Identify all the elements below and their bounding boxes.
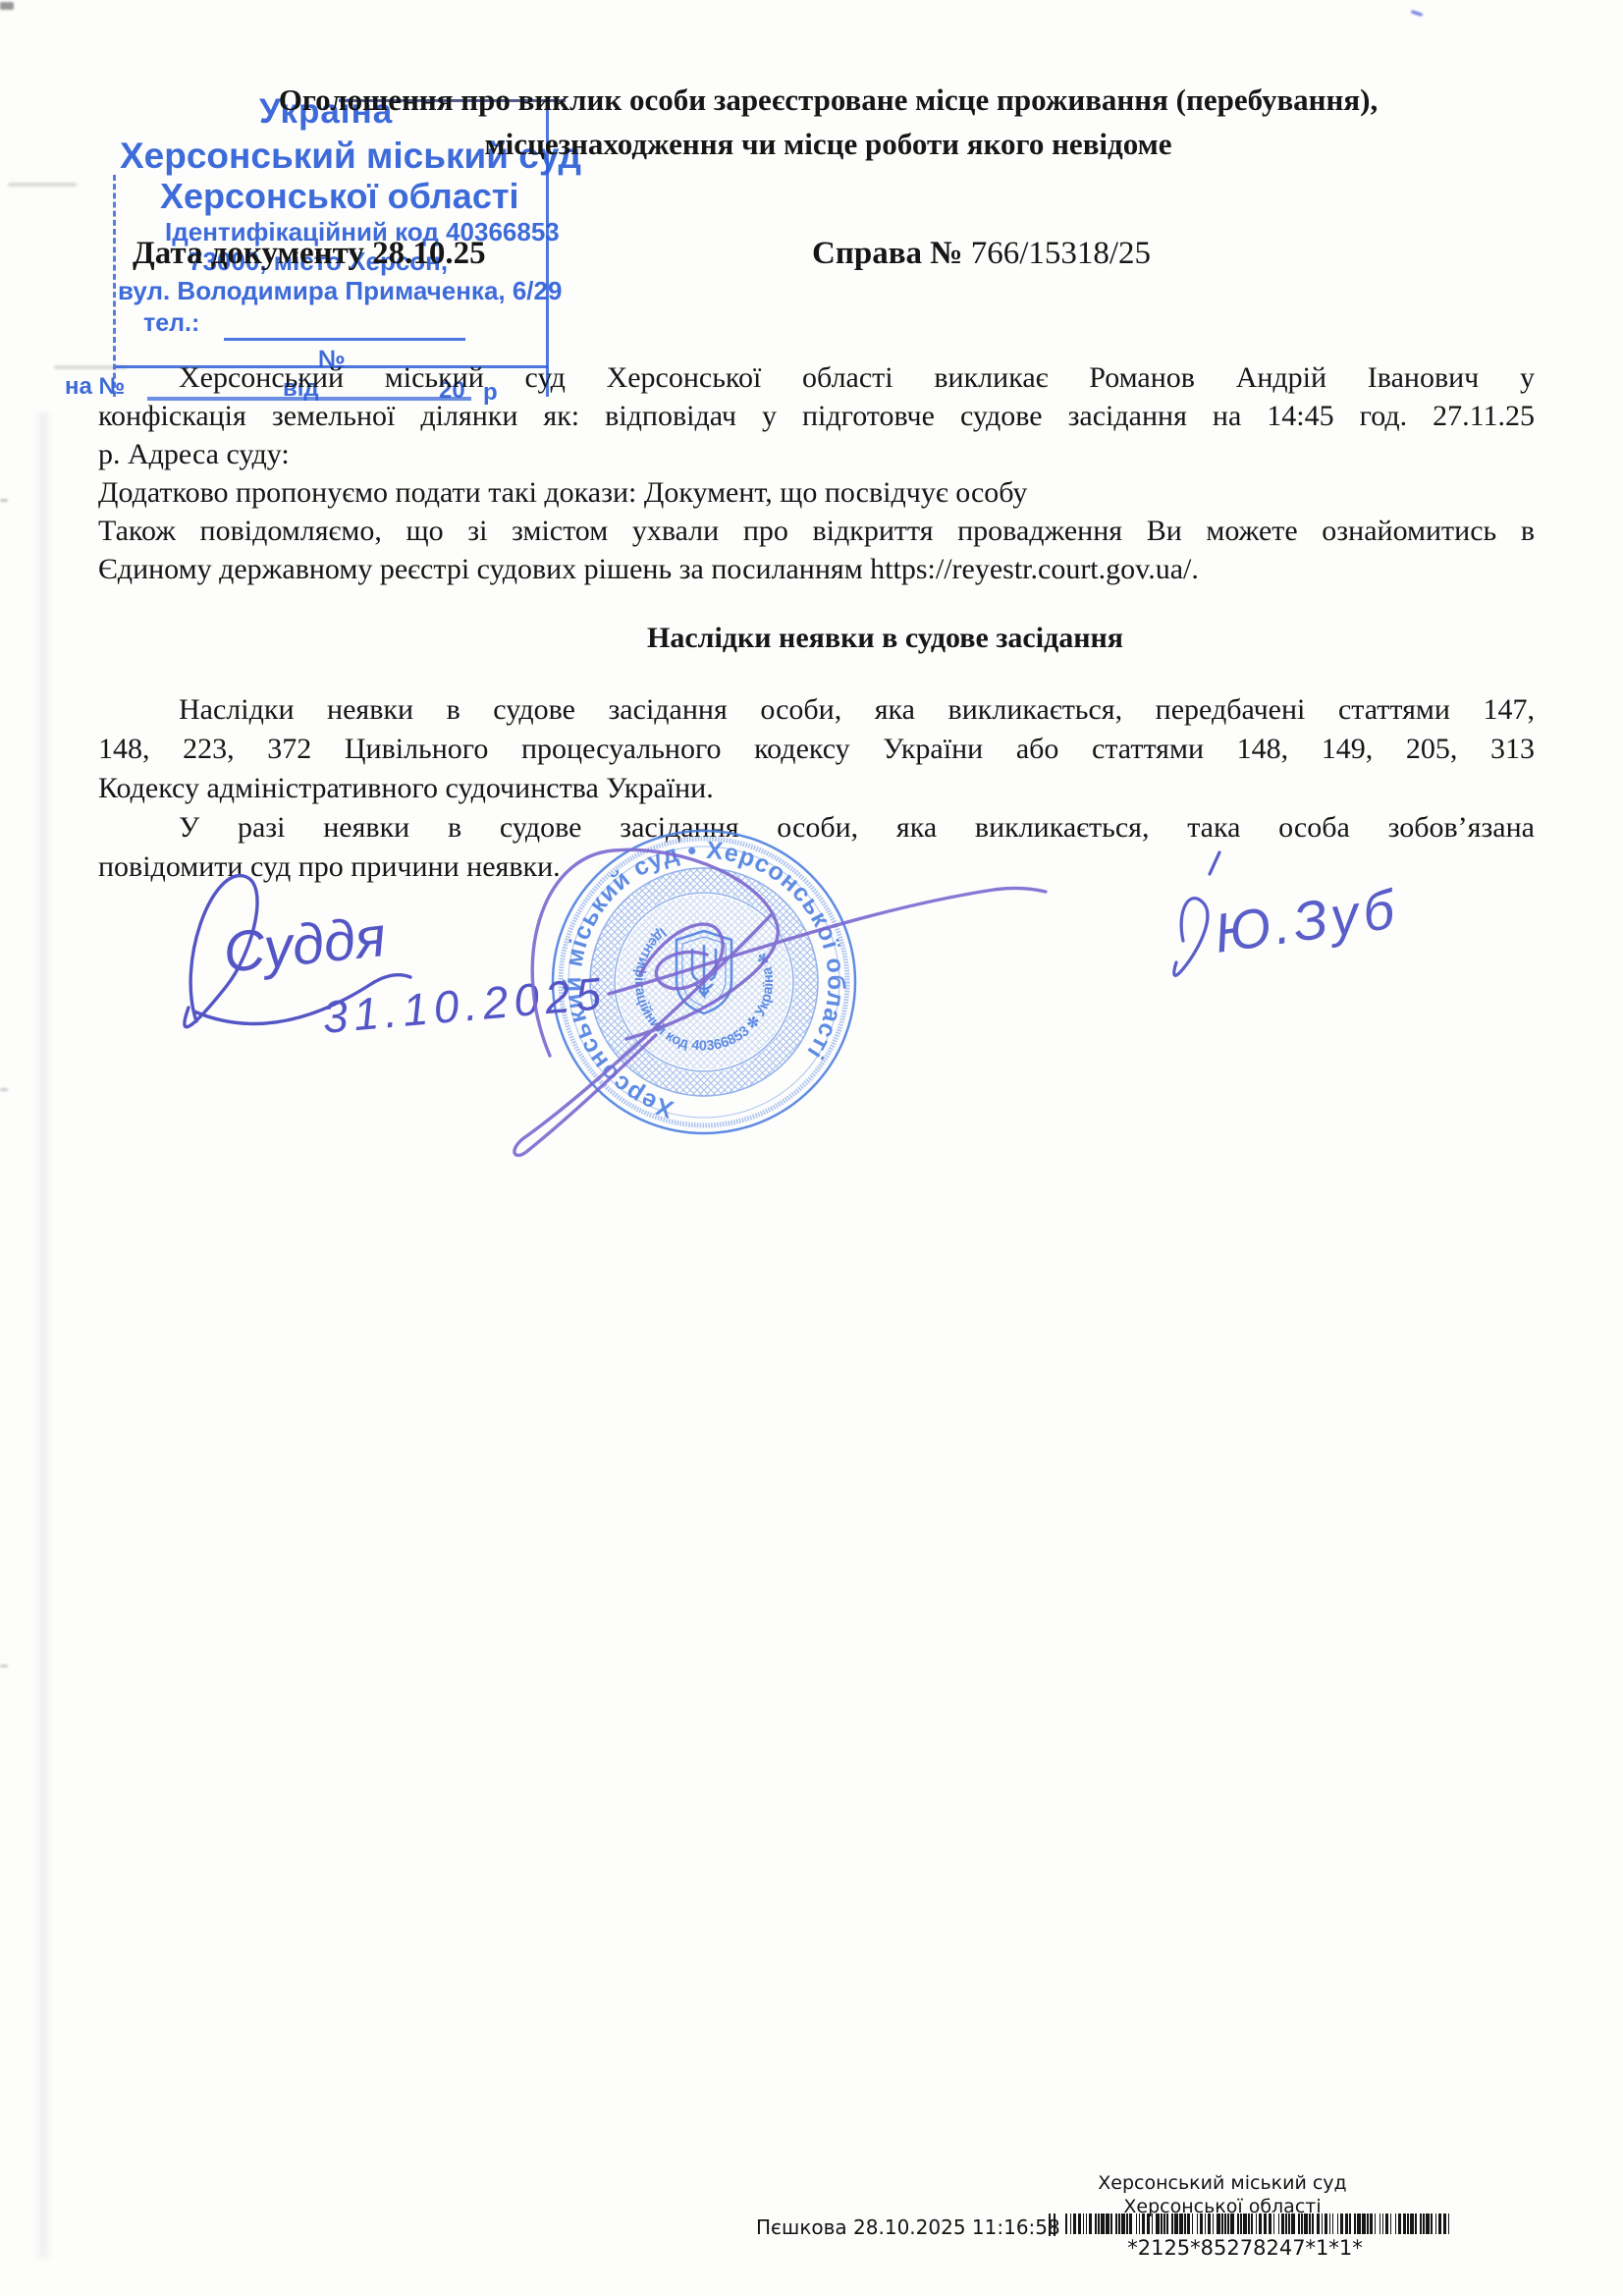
scan-smudge <box>8 183 77 187</box>
stamp-tel-underline <box>224 338 465 341</box>
section-heading: Наслідки неявки в судове засідання <box>147 622 1623 655</box>
judge-label-handwritten: Суддя <box>221 904 389 985</box>
body-line: 148, 223, 372 Цивільного процесуального … <box>98 733 1535 772</box>
stamp-address-street: вул. Володимира Примаченка, 6/29 <box>118 276 562 306</box>
scan-smudge <box>0 1088 8 1091</box>
barcode <box>1049 2214 1451 2234</box>
body-line: р. Адреса суду: <box>98 438 1535 477</box>
seal-and-signatures-layer: Херсонський міський суд • Херсонської об… <box>79 815 1532 1237</box>
barcode-value: *2125*85278247*1*1* <box>1049 2236 1441 2260</box>
document-title-line2: місцезнаходження чи місце роботи якого н… <box>88 127 1568 162</box>
scan-smudge <box>0 499 8 502</box>
body-line: Наслідки неявки в судове засідання особи… <box>98 693 1535 733</box>
judge-date-handwritten: 31.10.2025 <box>320 967 609 1043</box>
body-line: Єдиному державному реєстрі судових рішен… <box>98 553 1535 592</box>
body-line: Додатково пропонуємо подати такі докази:… <box>98 476 1535 516</box>
document-date: Дата документу 28.10.25 <box>133 236 486 272</box>
case-label: Справа № <box>812 236 962 271</box>
document-title-line1: Оголошення про виклик особи зареєстрован… <box>88 82 1568 118</box>
footer-court-line1: Херсонський міський суд <box>982 2172 1463 2194</box>
body-line: Кодексу адміністративного судочинства Ук… <box>98 772 1535 811</box>
stamp-tel-label: тел.: <box>143 309 199 338</box>
scanned-court-document: Україна Херсонський міський суд Херсонсь… <box>0 0 1623 2296</box>
paper-crease-artifact <box>35 412 51 2259</box>
scan-smudge <box>1411 10 1423 17</box>
body-line: конфіскація земельної ділянки як: відпов… <box>98 400 1535 439</box>
footer-operator-timestamp: Пєшкова 28.10.2025 11:16:58 <box>756 2215 1036 2239</box>
body-line: Також повідомляємо, що зі змістом ухвали… <box>98 515 1535 554</box>
stamp-court-name-2: Херсонської області <box>160 176 518 217</box>
signature-handwritten: Ю.Зуб <box>1211 877 1402 964</box>
scan-smudge <box>0 2 14 10</box>
case-number-row: Справа № 766/15318/25 <box>812 236 1151 272</box>
body-line: Херсонський міський суд Херсонської обла… <box>98 361 1535 401</box>
case-number: 766/15318/25 <box>971 236 1151 271</box>
scan-smudge <box>0 1665 8 1667</box>
